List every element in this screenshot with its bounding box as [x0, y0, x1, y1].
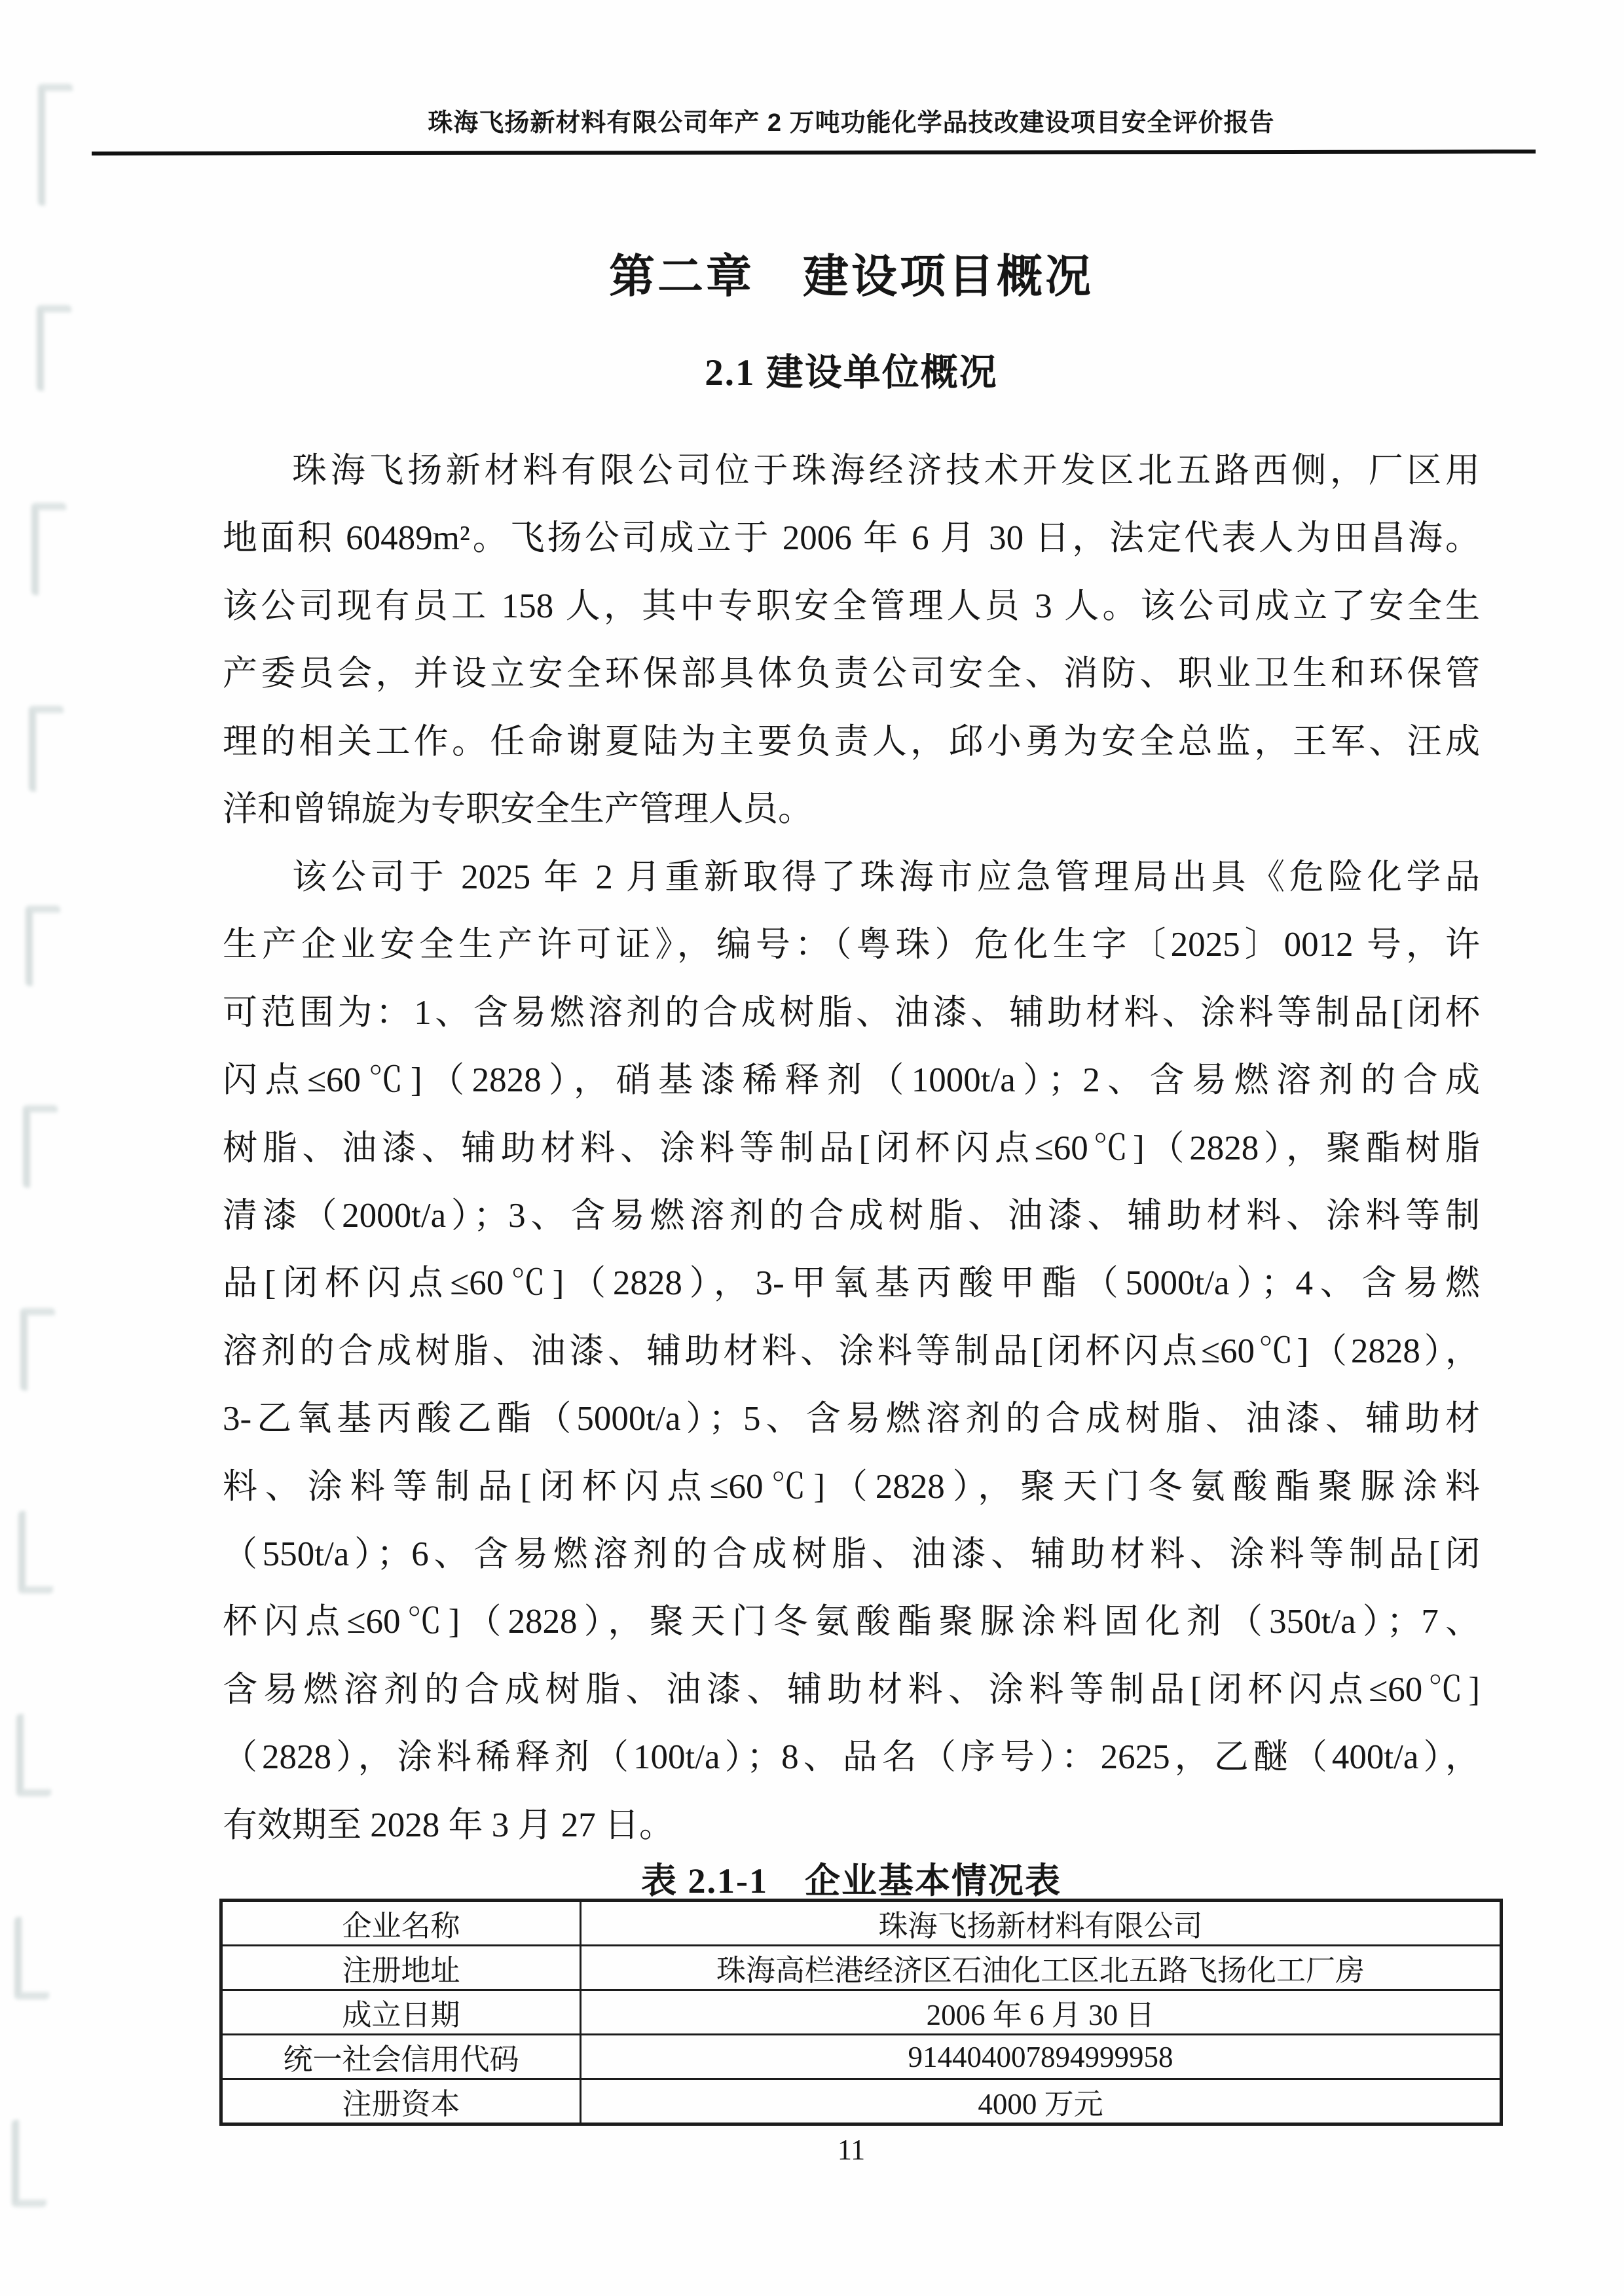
binding-mark: [26, 905, 60, 986]
row-value: 914404007894999958: [581, 2035, 1502, 2079]
row-label: 统一社会信用代码: [221, 2035, 581, 2079]
body-line: （550t/a）；6、含易燃溶剂的合成树脂、油漆、辅助材料、涂料等制品[闭: [223, 1521, 1480, 1588]
row-label: 注册资本: [221, 2079, 581, 2124]
binding-mark: [16, 1714, 51, 1796]
document-page: 珠海飞扬新材料有限公司年产 2 万吨功能化学品技改建设项目安全评价报告 第二章 …: [0, 0, 1624, 2296]
body-line: 洋和曾锦旋为专职安全生产管理人员。: [223, 776, 1480, 843]
header-rule: [92, 149, 1536, 155]
body-line: 该公司现有员工 158 人，其中专职安全管理人员 3 人。该公司成立了安全生: [223, 573, 1480, 640]
body-line: 清漆（2000t/a）；3、含易燃溶剂的合成树脂、油漆、辅助材料、涂料等制: [223, 1182, 1480, 1250]
body-line: 产委员会，并设立安全环保部具体负责公司安全、消防、职业卫生和环保管: [223, 640, 1480, 708]
binding-mark: [14, 1917, 49, 1999]
binding-mark: [12, 2120, 46, 2207]
row-label: 注册地址: [221, 1946, 581, 1990]
body-line: 品[闭杯闪点≤60℃]（2828），3-甲氧基丙酸甲酯（5000t/a）；4、含…: [223, 1250, 1480, 1317]
row-value: 珠海高栏港经济区石油化工区北五路飞扬化工厂房: [581, 1946, 1502, 1990]
table-row: 注册资本4000 万元: [221, 2079, 1502, 2124]
body-line: 料、涂料等制品[闭杯闪点≤60℃]（2828），聚天门冬氨酸酯聚脲涂料: [223, 1453, 1480, 1521]
binding-mark: [29, 706, 64, 792]
paragraph-license-scope: 该公司于 2025 年 2 月重新取得了珠海市应急管理局出具《危险化学品生产企业…: [223, 844, 1480, 1859]
body-line: 该公司于 2025 年 2 月重新取得了珠海市应急管理局出具《危险化学品: [223, 844, 1480, 911]
row-label: 企业名称: [221, 1901, 581, 1946]
body-line: 闪点≤60℃]（2828），硝基漆稀释剂（1000t/a）；2、含易燃溶剂的合成: [223, 1047, 1480, 1114]
body-line: 溶剂的合成树脂、油漆、辅助材料、涂料等制品[闭杯闪点≤60℃]（2828），: [223, 1318, 1480, 1385]
binding-mark: [31, 503, 66, 595]
body-line: 含易燃溶剂的合成树脂、油漆、辅助材料、涂料等制品[闭杯闪点≤60℃]: [223, 1656, 1480, 1724]
body-line: 3-乙氧基丙酸乙酯（5000t/a）；5、含易燃溶剂的合成树脂、油漆、辅助材: [223, 1385, 1480, 1453]
body-line: 生产企业安全生产许可证》，编号：（粤珠）危化生字〔2025〕0012 号，许: [223, 911, 1480, 979]
company-info-table: 企业名称珠海飞扬新材料有限公司注册地址珠海高栏港经济区石油化工区北五路飞扬化工厂…: [219, 1899, 1503, 2126]
body-line: 理的相关工作。任命谢夏陆为主要负责人，邱小勇为安全总监，王军、汪成: [223, 708, 1480, 776]
table-row: 注册地址珠海高栏港经济区石油化工区北五路飞扬化工厂房: [221, 1946, 1502, 1990]
section-title: 2.1 建设单位概况: [223, 342, 1480, 396]
page-number: 11: [223, 2133, 1480, 2166]
binding-mark: [37, 305, 71, 391]
binding-mark: [20, 1308, 55, 1391]
body-line: （2828），涂料稀释剂（100t/a）；8、品名（序号）：2625，乙醚（40…: [223, 1724, 1480, 1791]
table-row: 企业名称珠海飞扬新材料有限公司: [221, 1901, 1502, 1946]
body-line: 珠海飞扬新材料有限公司位于珠海经济技术开发区北五路西侧，厂区用: [223, 437, 1480, 505]
binding-mark: [18, 1511, 53, 1594]
row-value: 珠海飞扬新材料有限公司: [581, 1901, 1502, 1946]
running-header: 珠海飞扬新材料有限公司年产 2 万吨功能化学品技改建设项目安全评价报告: [223, 102, 1480, 138]
binding-mark: [38, 84, 73, 206]
body-line: 有效期至 2028 年 3 月 27 日。: [223, 1792, 1480, 1859]
row-label: 成立日期: [221, 1990, 581, 2035]
body-line: 可范围为：1、含易燃溶剂的合成树脂、油漆、辅助材料、涂料等制品[闭杯: [223, 979, 1480, 1047]
row-value: 2006 年 6 月 30 日: [581, 1990, 1502, 2035]
binding-mark: [23, 1105, 58, 1188]
table-row: 统一社会信用代码914404007894999958: [221, 2035, 1502, 2079]
table-title: 表 2.1-1 企业基本情况表: [223, 1853, 1480, 1903]
body-line: 地面积 60489m²。飞扬公司成立于 2006 年 6 月 30 日，法定代表…: [223, 505, 1480, 572]
body-line: 树脂、油漆、辅助材料、涂料等制品[闭杯闪点≤60℃]（2828），聚酯树脂: [223, 1115, 1480, 1182]
chapter-title: 第二章 建设项目概况: [223, 240, 1480, 306]
table-row: 成立日期2006 年 6 月 30 日: [221, 1990, 1502, 2035]
company-info-table-body: 企业名称珠海飞扬新材料有限公司注册地址珠海高栏港经济区石油化工区北五路飞扬化工厂…: [221, 1901, 1502, 2124]
paragraph-company-overview: 珠海飞扬新材料有限公司位于珠海经济技术开发区北五路西侧，厂区用地面积 60489…: [223, 437, 1480, 843]
row-value: 4000 万元: [581, 2079, 1502, 2124]
body-line: 杯闪点≤60℃]（2828），聚天门冬氨酸酯聚脲涂料固化剂（350t/a）；7、: [223, 1588, 1480, 1656]
